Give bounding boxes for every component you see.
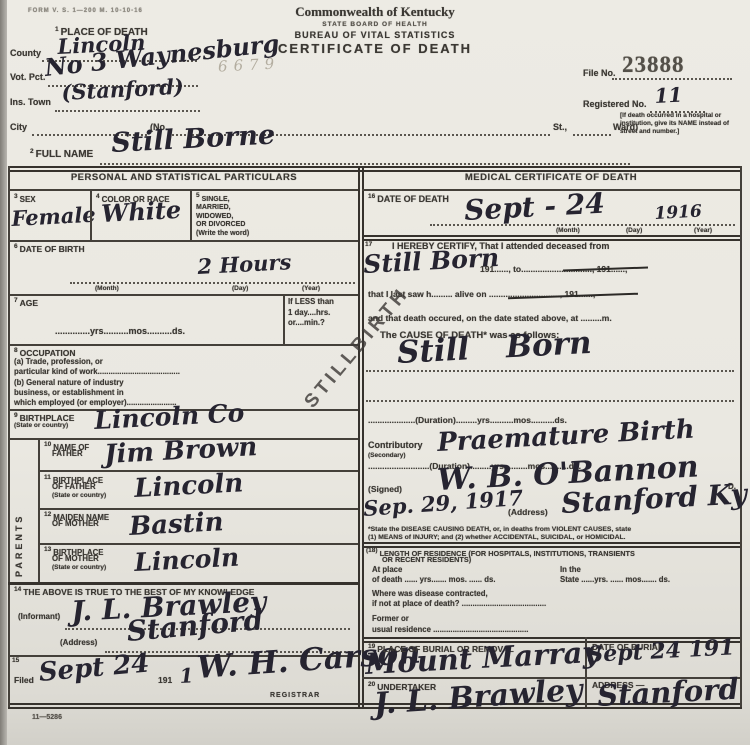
full-name-label: FULL NAME <box>36 149 94 160</box>
full-name-dotline <box>100 163 630 165</box>
line-under-parents <box>8 582 358 585</box>
dod-label: DATE OF DEATH <box>377 194 449 204</box>
filed-label: Filed <box>14 676 34 686</box>
father-bp-sub: (State or country) <box>52 492 106 499</box>
dod-month-label: (Month) <box>556 227 580 234</box>
vot-pct-label: Vot. Pct. <box>10 72 45 82</box>
birthplace-number: 9 <box>14 412 18 419</box>
age-heading: 7AGE <box>14 297 38 309</box>
full-name-heading: 2FULL NAME <box>30 148 93 161</box>
file-no-value: 23888 <box>622 52 685 78</box>
father-name-label-2: FATHER <box>52 450 83 459</box>
registered-no-value: 11 <box>654 85 683 106</box>
marital-line-1: SINGLE, <box>202 196 230 203</box>
dod-year-value: 1916 <box>654 204 702 223</box>
father-name-value: Jim Brown <box>104 434 258 468</box>
stillbirth-stamp-text: STILLBIRTH <box>300 283 414 413</box>
plate-number: 11—5286 <box>32 714 62 722</box>
line-under-sex-row <box>8 240 358 242</box>
color-number: 4 <box>96 193 100 200</box>
personal-section-title: PERSONAL AND STATISTICAL PARTICULARS <box>12 173 356 184</box>
mother-bp-number: 13 <box>44 546 51 553</box>
marital-number: 5 <box>196 192 200 199</box>
secondary-label: (Secondary) <box>368 452 406 459</box>
residence-contracted-1: Where was disease contracted, <box>372 590 488 599</box>
medical-section-title: MEDICAL CERTIFICATE OF DEATH <box>362 173 740 184</box>
form-reference: FORM V. S. 1—200 M. 10-10-16 <box>28 8 143 15</box>
dod-heading: 16DATE OF DEATH <box>368 193 449 204</box>
filed-number: 15 <box>12 657 19 664</box>
affirm-number: 14 <box>14 586 21 593</box>
sex-value: Female <box>11 204 96 229</box>
dob-dotline <box>70 282 355 284</box>
cause-footnote-1: *State the DISEASE CAUSING DEATH, or, in… <box>368 526 631 534</box>
city-st-label: St., <box>553 122 567 132</box>
undertaker-address-value: Stanford <box>596 675 739 711</box>
mother-bp-sub: (State or country) <box>52 564 106 571</box>
residence-former-1: Former or <box>372 615 409 624</box>
board-subtitle: STATE BOARD OF HEALTH <box>200 21 550 28</box>
dod-day-label: (Day) <box>626 227 642 234</box>
county-label: County <box>10 48 41 58</box>
parents-vertical-label: PARENTS <box>14 465 24 577</box>
mother-bp-label-2: OF MOTHER <box>52 555 99 564</box>
place-of-death-number: 1 <box>55 26 59 33</box>
age-label: AGE <box>20 298 38 308</box>
age-number: 7 <box>14 297 18 304</box>
registered-no-label: Registered No. <box>583 99 647 109</box>
city-label: City <box>10 122 27 132</box>
age-units: ..............yrs..........mos..........… <box>55 326 185 336</box>
informant-address-label: (Address) <box>60 638 97 647</box>
residence-contracted-2: if not at place of death? ..............… <box>372 600 546 609</box>
birthplace-value: Lincoln Co <box>94 400 245 433</box>
marital-line-5: (Write the word) <box>196 230 249 237</box>
mother-bp-value: Lincoln <box>134 545 240 575</box>
occupation-b2: business, or establishment in <box>14 389 124 398</box>
full-name-value: Still Borne <box>111 121 276 157</box>
mother-name-label-2: OF MOTHER <box>52 520 99 529</box>
scan-edge <box>0 0 7 745</box>
parents-cell-divider <box>38 438 40 582</box>
stillbirth-stamp: STILLBIRTH <box>252 288 462 408</box>
marital-cell: 5SINGLE, MARRIED, WIDOWED, OR DIVORCED (… <box>196 192 249 238</box>
dob-value: 2 Hours <box>197 251 292 277</box>
father-bp-value: Lincoln <box>134 470 244 502</box>
dod-value: Sept - 24 <box>464 190 606 225</box>
mother-name-value: Bastin <box>129 509 224 540</box>
certify-number: 17 <box>365 241 372 248</box>
dob-day-label: (Day) <box>232 285 248 292</box>
dob-heading: 6DATE OF BIRTH <box>14 243 85 255</box>
box-right-border <box>740 166 742 707</box>
sex-number: 3 <box>14 193 18 200</box>
father-bp-number: 11 <box>44 474 51 481</box>
marital-line-2: MARRIED, <box>196 204 231 211</box>
city-dotline-3 <box>573 134 611 136</box>
line-under-personal-title <box>8 189 358 191</box>
sex-color-divider <box>90 189 92 240</box>
registrar-label: REGISTRAR <box>270 692 320 700</box>
residence-former-2: usual residence ........................… <box>372 626 528 635</box>
father-name-number: 10 <box>44 441 51 448</box>
file-no-label: File No. <box>583 68 616 78</box>
full-name-number: 2 <box>30 148 34 155</box>
hospital-note: [If death occurred in a hospital or inst… <box>620 112 744 136</box>
occupation-b1: (b) General nature of industry <box>14 379 124 388</box>
dod-number: 16 <box>368 193 375 200</box>
occupation-number: 8 <box>14 347 18 354</box>
residence-in-the-1: In the <box>560 566 581 575</box>
cause-footnote-2: (1) MEANS of INJURY; and (2) whether ACC… <box>368 534 626 542</box>
death-certificate-scan: FORM V. S. 1—200 M. 10-10-16 Commonwealt… <box>0 0 750 745</box>
column-divider <box>358 166 364 707</box>
dod-year-label: (Year) <box>694 227 712 234</box>
physician-address-label: (Address) <box>508 508 548 518</box>
commonwealth-title: Commonwealth of Kentucky <box>200 5 550 20</box>
ins-town-label: Ins. Town <box>10 97 51 107</box>
ins-town-dotline <box>55 110 200 112</box>
residence-label-2: OR RECENT RESIDENTS) <box>382 556 471 564</box>
mother-name-number: 12 <box>44 511 51 518</box>
father-bp-label-2: OF FATHER <box>52 483 96 492</box>
contributory-label: Contributory <box>368 440 423 450</box>
dob-month-label: (Month) <box>95 285 119 292</box>
color-marital-divider <box>190 189 192 240</box>
box-left-border <box>8 166 10 707</box>
residence-number: (18) <box>366 547 378 554</box>
marital-line-4: OR DIVORCED <box>196 221 245 228</box>
pencil-number: 6679 <box>218 54 281 75</box>
sex-heading: 3SEX <box>14 193 36 204</box>
marital-line-3: WIDOWED, <box>196 213 233 220</box>
dob-number: 6 <box>14 243 18 250</box>
residence-at-place-2: of death ...... yrs....... mos. ...... d… <box>372 576 495 585</box>
sex-label: SEX <box>20 195 36 204</box>
informant-label: (Informant) <box>18 612 60 621</box>
dob-label: DATE OF BIRTH <box>20 244 85 254</box>
ins-town-value: (Stanford) <box>61 76 184 103</box>
occupation-a1: (a) Trade, profession, or <box>14 358 103 367</box>
color-value: White <box>101 198 182 226</box>
filed-year-printed: 191 <box>158 676 172 686</box>
residence-at-place-1: At place <box>372 566 402 575</box>
residence-in-the-2: State ......yrs. ...... mos....... ds. <box>560 576 670 585</box>
birthplace-sub: (State or country) <box>14 422 68 429</box>
occupation-a2: particular kind of work.................… <box>14 368 180 377</box>
filed-year-hw: 1 <box>179 665 194 686</box>
